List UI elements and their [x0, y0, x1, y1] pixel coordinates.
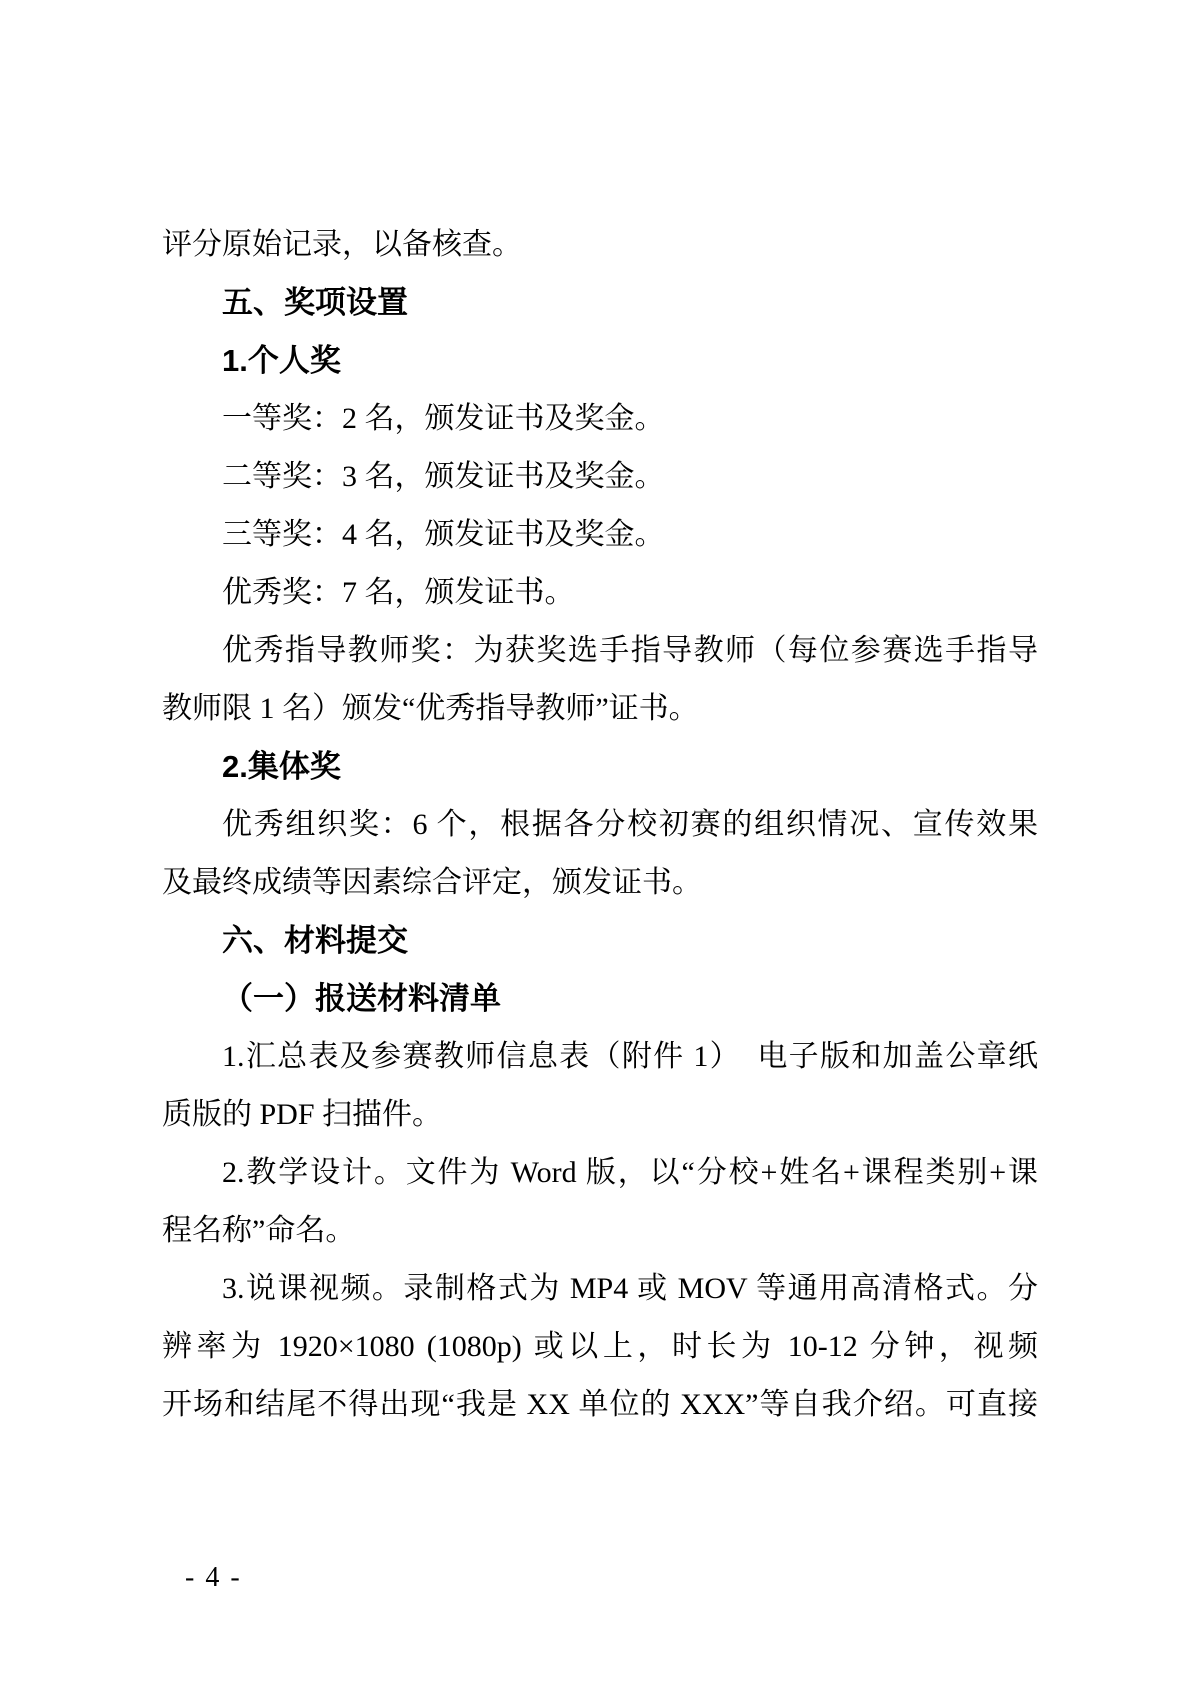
line-material-item2-2: 程名称”命名。 — [162, 1202, 1038, 1260]
line-material-item3-3: 开场和结尾不得出现“我是 XX 单位的 XXX”等自我介绍。可直接 — [162, 1376, 1038, 1434]
heading-group-award: 2.集体奖 — [162, 738, 1038, 796]
line-advisor-award-2: 教师限 1 名）颁发“优秀指导教师”证书。 — [162, 680, 1038, 738]
heading-individual-award: 1.个人奖 — [162, 332, 1038, 390]
line-second-prize: 二等奖：3 名，颁发证书及奖金。 — [162, 448, 1038, 506]
line-organization-award-1: 优秀组织奖：6 个，根据各分校初赛的组织情况、宣传效果 — [162, 796, 1038, 854]
line-scoring-records: 评分原始记录，以备核查。 — [162, 216, 1038, 274]
line-material-item3-1: 3.说课视频。录制格式为 MP4 或 MOV 等通用高清格式。分 — [162, 1260, 1038, 1318]
line-first-prize: 一等奖：2 名，颁发证书及奖金。 — [162, 390, 1038, 448]
line-organization-award-2: 及最终成绩等因素综合评定，颁发证书。 — [162, 854, 1038, 912]
line-material-item3-2: 辨率为 1920×1080 (1080p) 或以上，时长为 10-12 分钟，视… — [162, 1318, 1038, 1376]
heading-materials-section: 六、材料提交 — [162, 912, 1038, 970]
heading-awards-section: 五、奖项设置 — [162, 274, 1038, 332]
heading-submission-list: （一）报送材料清单 — [162, 970, 1038, 1028]
document-page: 评分原始记录，以备核查。 五、奖项设置 1.个人奖 一等奖：2 名，颁发证书及奖… — [0, 0, 1191, 1684]
page-number: - 4 - — [185, 1562, 242, 1594]
line-material-item1-1: 1.汇总表及参赛教师信息表（附件 1） 电子版和加盖公章纸 — [162, 1028, 1038, 1086]
line-material-item2-1: 2.教学设计。文件为 Word 版，以“分校+姓名+课程类别+课 — [162, 1144, 1038, 1202]
line-material-item1-2: 质版的 PDF 扫描件。 — [162, 1086, 1038, 1144]
line-advisor-award-1: 优秀指导教师奖：为获奖选手指导教师（每位参赛选手指导 — [162, 622, 1038, 680]
line-third-prize: 三等奖：4 名，颁发证书及奖金。 — [162, 506, 1038, 564]
document-body: 评分原始记录，以备核查。 五、奖项设置 1.个人奖 一等奖：2 名，颁发证书及奖… — [162, 216, 1038, 1434]
line-excellence-prize: 优秀奖：7 名，颁发证书。 — [162, 564, 1038, 622]
